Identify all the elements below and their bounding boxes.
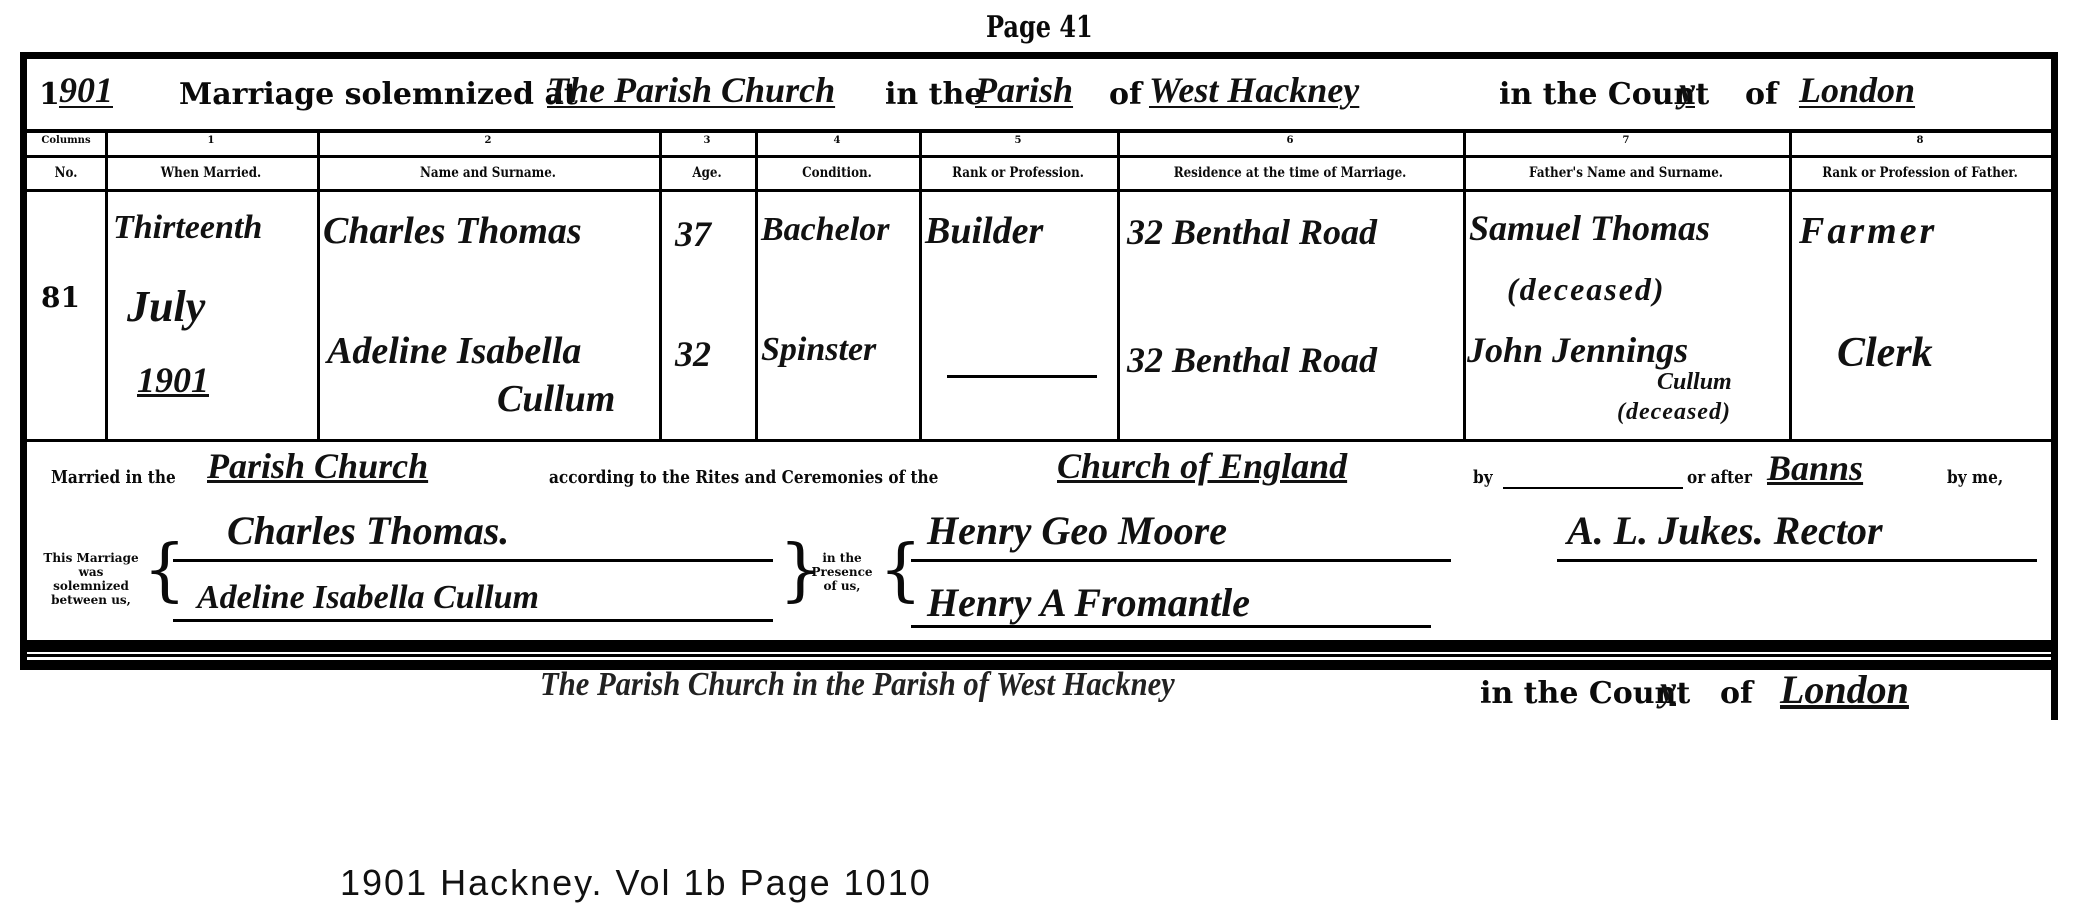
brace-left: { xyxy=(143,537,186,605)
header-rank-profession: Rank or Profession. xyxy=(934,165,1102,181)
bride-father-profession: Clerk xyxy=(1837,329,1933,377)
header-age: Age. xyxy=(666,165,748,181)
by-me-label: by me, xyxy=(1947,467,2003,488)
groom-name: Charles Thomas xyxy=(323,209,582,253)
next-entry-county-label: in the Count xyxy=(1480,676,1690,711)
witness2-signature: Henry A Fromantle xyxy=(927,579,1250,626)
column-number: 5 xyxy=(919,135,1117,146)
col-divider xyxy=(755,133,758,439)
next-entry-of: of xyxy=(1720,676,1753,711)
header-condition: Condition. xyxy=(767,165,906,181)
bride-father-surname: Cullum xyxy=(1657,369,1732,396)
date-day: Thirteenth xyxy=(113,209,262,247)
col-divider xyxy=(1117,133,1120,439)
header-no: No. xyxy=(33,165,99,181)
page-title: Page 41 xyxy=(986,10,1093,45)
bride-name-line2: Cullum xyxy=(497,377,615,421)
column-number: 1 xyxy=(105,135,317,146)
col-divider xyxy=(659,133,662,439)
entry-separator-rule-thin xyxy=(20,654,2058,657)
groom-age: 37 xyxy=(675,213,711,255)
county-name: London xyxy=(1799,69,1915,111)
marriage-solemnized-label: Marriage solemnized at xyxy=(179,77,578,112)
bride-condition: Spinster xyxy=(761,331,876,369)
entry-separator-rule-thick xyxy=(20,640,2058,652)
groom-father-note: (deceased) xyxy=(1507,271,1666,308)
next-entry-fragment: The Parish Church in the Parish of West … xyxy=(20,660,2058,720)
district-type: Parish xyxy=(975,69,1073,111)
column-number: 8 xyxy=(1789,135,2051,146)
groom-signature: Charles Thomas. xyxy=(227,507,509,554)
column-number: 3 xyxy=(659,135,755,146)
date-month: July xyxy=(127,281,205,332)
place-of-marriage: The Parish Church xyxy=(547,69,835,111)
by-label: by xyxy=(1473,467,1493,488)
witness1-signature: Henry Geo Moore xyxy=(927,507,1227,554)
ceremony-church: Church of England xyxy=(1057,445,1347,487)
entry-number: 81 xyxy=(41,281,80,314)
by-licence-blank xyxy=(1503,487,1683,489)
witness1-signature-line xyxy=(911,559,1451,562)
col-divider xyxy=(1463,133,1466,439)
bride-residence: 32 Benthal Road xyxy=(1127,339,1377,381)
groom-signature-line xyxy=(173,559,773,562)
header-residence: Residence at the time of Marriage. xyxy=(1143,165,1437,181)
bride-signature-line xyxy=(173,619,773,622)
marriage-register-entry: 1 901 Marriage solemnized at The Parish … xyxy=(20,52,2058,662)
bride-father-name: John Jennings xyxy=(1467,329,1688,371)
next-entry-county-suffix: y xyxy=(1660,668,1676,710)
married-in-label: Married in the xyxy=(51,467,176,488)
col-divider xyxy=(1789,133,1792,439)
county-label: in the Count xyxy=(1499,77,1709,112)
groom-residence: 32 Benthal Road xyxy=(1127,211,1377,253)
witness2-signature-line xyxy=(911,625,1431,628)
column-number: 6 xyxy=(1117,135,1463,146)
ceremony-banns: Banns xyxy=(1767,447,1863,489)
header-father-profession: Rank or Profession of Father. xyxy=(1809,165,2032,181)
bride-father-note: (deceased) xyxy=(1617,399,1731,426)
column-number: 7 xyxy=(1463,135,1789,146)
register-title-line: 1 901 Marriage solemnized at The Parish … xyxy=(39,67,2049,127)
column-number: 2 xyxy=(317,135,659,146)
of-label: of xyxy=(1109,77,1142,112)
of-label-2: of xyxy=(1745,77,1778,112)
handwritten-reference-note: 1901 Hackney. Vol 1b Page 1010 xyxy=(340,862,932,904)
year-handwritten: 901 xyxy=(59,69,113,111)
or-after-label: or after xyxy=(1687,467,1752,488)
next-entry-county-name: London xyxy=(1780,666,1909,713)
table-top-rule xyxy=(27,129,2051,133)
brace-presence: { xyxy=(879,537,922,605)
col-divider xyxy=(317,133,320,439)
next-entry-place: The Parish Church in the Parish of West … xyxy=(540,666,1175,704)
column-number-rule xyxy=(27,155,2051,158)
officiant-signature: A. L. Jukes. Rector xyxy=(1567,507,1883,554)
bride-name-line1: Adeline Isabella xyxy=(327,329,581,373)
groom-profession: Builder xyxy=(925,209,1043,253)
ceremony-venue: Parish Church xyxy=(207,445,428,487)
officiant-signature-line xyxy=(1557,559,2037,562)
date-year: 1901 xyxy=(137,359,209,401)
groom-father-profession: Farmer xyxy=(1799,209,1937,253)
year-prefix: 1 xyxy=(39,77,60,112)
groom-condition: Bachelor xyxy=(761,211,889,249)
header-name-surname: Name and Surname. xyxy=(343,165,634,181)
table-bottom-rule xyxy=(27,439,2051,442)
according-to-label: according to the Rites and Ceremonies of… xyxy=(549,467,938,488)
groom-father-name: Samuel Thomas xyxy=(1469,207,1710,249)
bride-profession-dash xyxy=(947,375,1097,378)
between-us-label: This Marriage was solemnized between us, xyxy=(41,551,141,607)
col-divider xyxy=(105,133,108,439)
district-name: West Hackney xyxy=(1149,69,1359,111)
bride-signature: Adeline Isabella Cullum xyxy=(197,579,539,617)
header-father-name: Father's Name and Surname. xyxy=(1487,165,1764,181)
header-when-married: When Married. xyxy=(121,165,301,181)
col-divider xyxy=(919,133,922,439)
in-the-label: in the xyxy=(885,77,983,112)
column-number: 4 xyxy=(755,135,919,146)
header-bottom-rule xyxy=(27,189,2051,192)
presence-label: in the Presence of us, xyxy=(807,551,877,593)
bride-age: 32 xyxy=(675,333,711,375)
county-suffix: y xyxy=(1679,69,1695,111)
columns-label: Columns xyxy=(27,135,105,146)
